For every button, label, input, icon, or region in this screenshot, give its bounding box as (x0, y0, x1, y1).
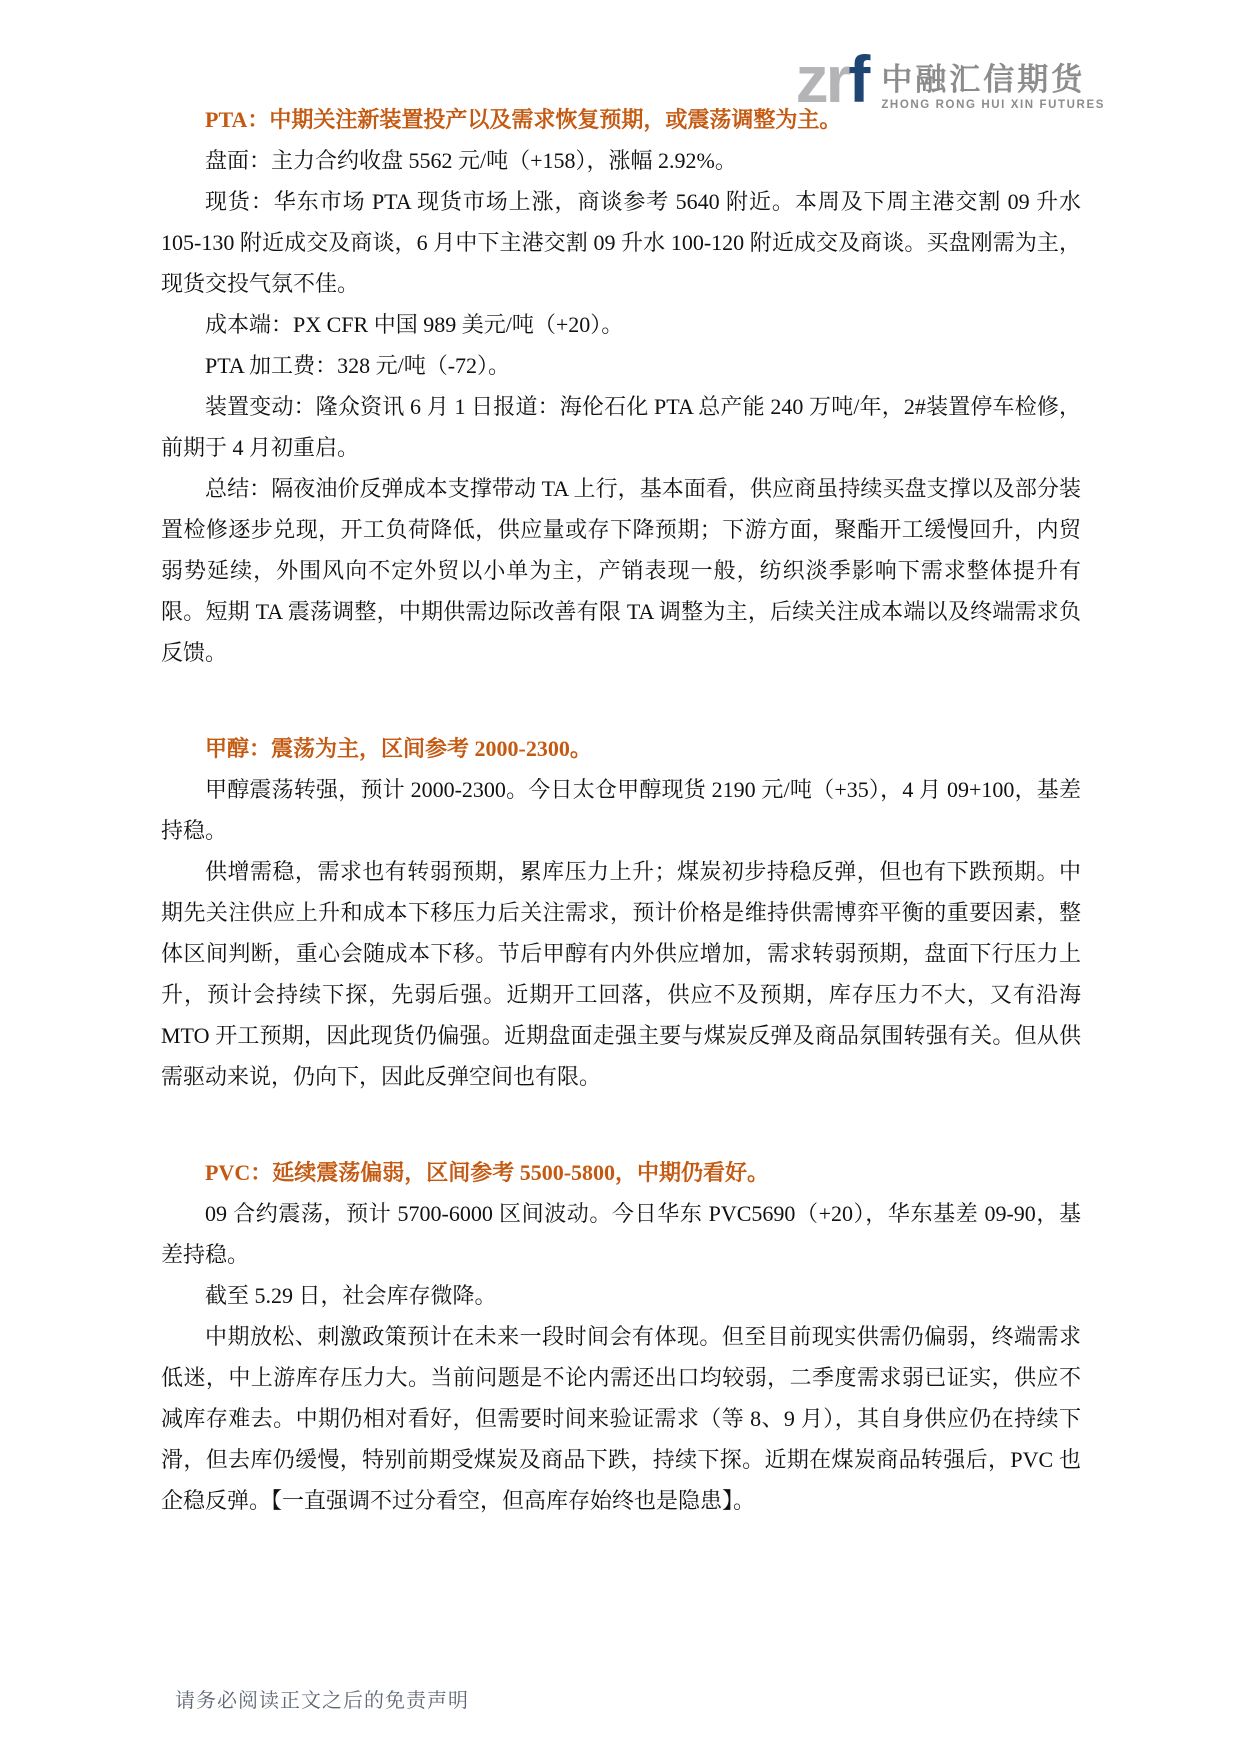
paragraph: 供增需稳，需求也有转弱预期，累库压力上升；煤炭初步持稳反弹，但也有下跌预期。中期… (161, 851, 1081, 1097)
paragraph: 盘面：主力合约收盘 5562 元/吨（+158），涨幅 2.92%。 (161, 140, 1081, 181)
paragraph: 09 合约震荡，预计 5700-6000 区间波动。今日华东 PVC5690（+… (161, 1193, 1081, 1275)
paragraph: 总结：隔夜油价反弹成本支撑带动 TA 上行，基本面看，供应商虽持续买盘支撑以及部… (161, 468, 1081, 673)
section-heading: 甲醇：震荡为主，区间参考 2000-2300。 (161, 728, 1081, 769)
logo-cn-name: 中融汇信期货 (881, 64, 1105, 95)
paragraph: 成本端：PX CFR 中国 989 美元/吨（+20）。 (161, 304, 1081, 345)
section-methanol: 甲醇：震荡为主，区间参考 2000-2300。 甲醇震荡转强，预计 2000-2… (161, 728, 1081, 1097)
footer-disclaimer: 请务必阅读正文之后的免责声明 (175, 1684, 469, 1713)
paragraph: 截至 5.29 日，社会库存微降。 (161, 1275, 1081, 1316)
section-heading: PTA：中期关注新装置投产以及需求恢复预期，或震荡调整为主。 (161, 99, 1081, 140)
section-heading: PVC：延续震荡偏弱，区间参考 5500-5800，中期仍看好。 (161, 1152, 1081, 1193)
section-pvc: PVC：延续震荡偏弱，区间参考 5500-5800，中期仍看好。 09 合约震荡… (161, 1152, 1081, 1521)
section-pta: PTA：中期关注新装置投产以及需求恢复预期，或震荡调整为主。 盘面：主力合约收盘… (161, 99, 1081, 673)
report-content: PTA：中期关注新装置投产以及需求恢复预期，或震荡调整为主。 盘面：主力合约收盘… (161, 99, 1081, 1521)
paragraph: PTA 加工费：328 元/吨（-72）。 (161, 345, 1081, 386)
paragraph: 中期放松、刺激政策预计在未来一段时间会有体现。但至目前现实供需仍偏弱，终端需求低… (161, 1316, 1081, 1521)
paragraph: 装置变动：隆众资讯 6 月 1 日报道：海伦石化 PTA 总产能 240 万吨/… (161, 386, 1081, 468)
report-page: zrf 中融汇信期货 ZHONG RONG HUI XIN FUTURES PT… (0, 0, 1241, 1755)
paragraph: 甲醇震荡转强，预计 2000-2300。今日太仓甲醇现货 2190 元/吨（+3… (161, 769, 1081, 851)
paragraph: 现货：华东市场 PTA 现货市场上涨，商谈参考 5640 附近。本周及下周主港交… (161, 181, 1081, 304)
